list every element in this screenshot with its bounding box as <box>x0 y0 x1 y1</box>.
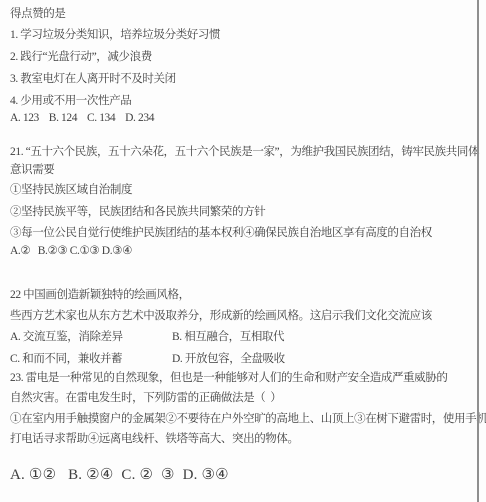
q20-item-4: 4. 少用或不用一次性产品 <box>10 94 131 108</box>
q22-option-a: A. 交流互鉴，消除差异 <box>10 330 123 344</box>
q22-option-b: B. 相互融合，互相取代 <box>172 330 284 344</box>
q23-items-line1: ①在室内用手触摸窗户的金属架②不要待在户外空旷的高地上、山顶上③在树下避雷时，使… <box>10 412 486 426</box>
q21-stem-line2: 意识需要 <box>10 163 54 177</box>
q20-answers: A. 123 B. 124 C. 134 D. 234 <box>10 111 154 125</box>
q23-stem-line1: 23. 雷电是一种常见的自然现象，但也是一种能够对人们的生命和财产安全造成严重威… <box>10 371 447 385</box>
q21-answers: A.② B.②③ C.①③ D.③④ <box>10 244 132 258</box>
q22-option-c: C. 和而不同，兼收并蓄 <box>10 352 122 366</box>
q23-stem-line2: 自然灾害。在雷电发生时，下列防雷的正确做法是（ ） <box>10 391 281 405</box>
page-border-line <box>477 0 479 502</box>
q20-item-1: 1. 学习垃圾分类知识，培养垃圾分类好习惯 <box>10 28 220 42</box>
q21-item-1: ①坚持民族区域自治制度 <box>10 183 132 197</box>
q23-answers: A. ①② B. ②④ C. ② ③ D. ③④ <box>10 468 229 482</box>
q20-item-3: 3. 教室电灯在人离开时不及时关闭 <box>10 72 176 86</box>
exam-document-page: 得点赞的是 1. 学习垃圾分类知识，培养垃圾分类好习惯 2. 践行“光盘行动”，… <box>0 0 486 502</box>
q21-item-2: ②坚持民族平等，民族团结和各民族共同繁荣的方针 <box>10 205 265 219</box>
q20-item-2: 2. 践行“光盘行动”，减少浪费 <box>10 50 152 64</box>
q22-stem-line1: 22 中国画创造新颖独特的绘画风格， <box>10 288 190 302</box>
q22-stem-line2: 些西方艺术家也从东方艺术中汲取养分，形成新的绘画风格。这启示我们文化交流应该 <box>10 309 432 323</box>
q21-stem-line1: 21. “五十六个民族，五十六朵花，五十六个民族是一家”，为维护我国民族团结，铸… <box>10 145 479 159</box>
q21-item-3: ③每一位公民自觉行使维护民族团结的基本权利④确保民族自治地区享有高度的自治权 <box>10 226 432 240</box>
q20-stem: 得点赞的是 <box>10 7 66 21</box>
q23-items-line2: 打电话寻求帮助④远离电线杆、铁塔等高大、突出的物体。 <box>10 432 299 446</box>
q22-option-d: D. 开放包容，全盘吸收 <box>172 352 285 366</box>
